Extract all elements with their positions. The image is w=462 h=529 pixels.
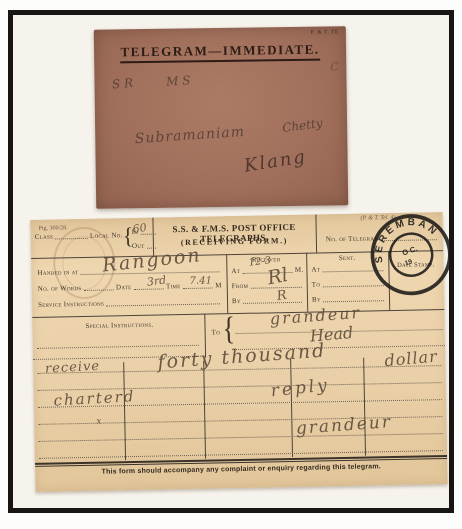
cds-code: O C. <box>401 244 419 258</box>
envelope-handwriting-initials-left: S R <box>111 76 133 92</box>
envelope-handwriting-name: Subramaniam <box>134 124 245 147</box>
header-divider-right <box>315 214 317 252</box>
from-label: From <box>232 283 249 290</box>
service-instructions-line: Service Instructions <box>38 298 222 309</box>
local-no-label: Local No. <box>90 232 123 240</box>
dotted-leader <box>55 237 88 240</box>
service-instructions-label: Service Instructions <box>38 301 104 309</box>
message-grid-divider <box>203 361 206 459</box>
handwriting-message-word: receive <box>45 359 101 377</box>
envelope-title-text: TELEGRAM—IMMEDIATE. <box>120 42 319 64</box>
handwriting-received-by: R <box>276 288 288 304</box>
handwriting-message-word: reply <box>270 375 331 401</box>
no-of-words-label: No. of Words <box>38 285 82 293</box>
dotted-leader <box>183 286 214 289</box>
scan-canvas: P. & T. TE TELEGRAM—IMMEDIATE. S R M S S… <box>0 0 462 529</box>
class-local-no-line: Class Local No. <box>35 232 123 241</box>
dotted-leader <box>322 284 384 287</box>
telegram-envelope: P. & T. TE TELEGRAM—IMMEDIATE. S R M S S… <box>94 26 348 209</box>
to-brace: { <box>222 313 235 346</box>
message-grid-divider <box>123 362 126 460</box>
envelope-handwriting-initials-right: M S <box>166 73 191 89</box>
date-label: Date <box>116 284 132 291</box>
special-instructions-label: Special Instructions. <box>40 321 198 331</box>
sent-by-line: By <box>312 295 386 303</box>
time-label: Time <box>166 283 181 290</box>
message-dotted-line <box>39 433 443 442</box>
at-label: At <box>231 268 240 275</box>
envelope-corner-note: P. & T. TE <box>311 29 339 35</box>
handed-in-at-label: Handed in at <box>37 269 78 277</box>
by-label: By <box>312 296 321 303</box>
m-dot-label: M. <box>295 267 304 274</box>
handwriting-time: 7.41 <box>190 276 212 287</box>
to-label: To <box>212 329 221 336</box>
handwriting-local-no-in: 60 <box>132 221 148 236</box>
dotted-leader <box>323 299 384 302</box>
out-label: Out <box>132 243 145 250</box>
message-grid-divider <box>363 358 366 456</box>
message-grid-divider <box>290 359 293 457</box>
handwriting-date: 3rd <box>146 273 167 288</box>
to-label: To <box>312 281 321 288</box>
dotted-leader <box>243 301 302 304</box>
received-by-line: By <box>232 297 304 305</box>
handwriting-received-from: Rl <box>266 264 290 290</box>
print-reference: Ptg. 300/28. <box>39 225 68 232</box>
at-label: At <box>311 266 320 273</box>
by-label: By <box>232 298 241 305</box>
dotted-leader <box>106 302 220 306</box>
envelope-handwriting-place: Klang <box>243 146 309 176</box>
m-label: M <box>215 282 222 289</box>
handwriting-message-word: x <box>96 417 101 427</box>
dotted-leader <box>83 288 114 291</box>
cds-year: 19 <box>404 258 414 267</box>
telegram-receiving-form: Ptg. 300/28. (P. & T. Tel. 4) Class Loca… <box>30 212 447 492</box>
section2-underline <box>32 309 444 318</box>
handwriting-message-word: dollar <box>384 347 439 371</box>
sent-to-line: To <box>312 280 386 288</box>
envelope-title: TELEGRAM—IMMEDIATE. <box>94 40 346 64</box>
class-label: Class <box>35 234 54 241</box>
envelope-handwriting-name2: Chetty <box>281 116 323 135</box>
dotted-line <box>37 345 199 349</box>
envelope-handwriting-mark: C <box>330 60 339 73</box>
photo-frame: P. & T. TE TELEGRAM—IMMEDIATE. S R M S S… <box>8 10 454 513</box>
